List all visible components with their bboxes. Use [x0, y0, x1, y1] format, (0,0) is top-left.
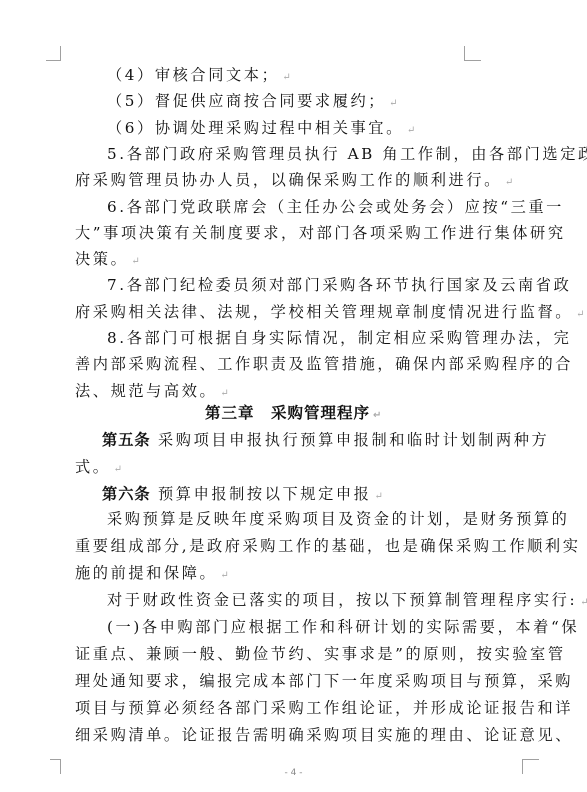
text-line: 决策。↵ — [75, 248, 140, 273]
paragraph-mark: ↵ — [374, 491, 382, 502]
text-line: 6.各部门党政联席会（主任办公会或处务会）应按“三重一 — [107, 196, 564, 218]
line-text: 7.各部门纪检委员须对部门采购各环节执行国家及云南省政 — [107, 276, 571, 294]
article-5: 第五条 采购项目申报执行预算申报制和临时计划制两种方 — [102, 429, 549, 451]
text-line: 细采购清单。论证报告需明确采购项目实施的理由、论证意见、 — [75, 724, 573, 746]
page-number: - 4 - — [0, 768, 587, 778]
paragraph-mark: ↵ — [114, 464, 122, 475]
article-5-cont-text: 式。 — [75, 458, 111, 476]
line-text: 重要组成部分,是政府采购工作的基础，也是确保采购工作顺利实 — [75, 537, 580, 555]
text-line: 8.各部门可根据自身实际情况，制定相应采购管理办法，完 — [107, 327, 571, 349]
text-line: 项目与预算必须经各部门采购工作组论证，并形成论证报告和详 — [75, 697, 573, 719]
line-text: 大”事项决策有关制度要求，对部门各项采购工作进行集体研究 — [75, 224, 566, 242]
paragraph-mark: ↵ — [407, 125, 415, 136]
line-text: 采购预算是反映年度采购项目及资金的计划，是财务预算的 — [107, 510, 569, 528]
paragraph-mark: ↵ — [220, 388, 228, 399]
line-text: 5.各部门政府采购管理员执行 AB 角工作制，由各部门选定政 — [107, 145, 587, 163]
article-6: 第六条 预算申报制按以下规定申报↵ — [102, 483, 383, 508]
text-line: 5.各部门政府采购管理员执行 AB 角工作制，由各部门选定政 — [107, 143, 587, 165]
paragraph-mark: ↵ — [580, 597, 587, 608]
text-line: 府采购管理员协办人员，以确保采购工作的顺利进行。↵ — [75, 169, 513, 194]
margin-corner-top-left — [46, 46, 61, 61]
text-line: （6）协调处理采购过程中相关事宜。↵ — [107, 117, 415, 142]
article-5-cont: 式。↵ — [75, 456, 122, 481]
line-text: （6）协调处理采购过程中相关事宜。 — [107, 119, 404, 137]
chapter-heading-text: 第三章 采购管理程序 — [205, 404, 370, 422]
chapter-heading: 第三章 采购管理程序↵ — [205, 402, 381, 427]
line-text: 证重点、兼顾一般、勤俭节约、实事求是”的原则，按实验室管 — [75, 645, 566, 663]
text-line: 采购预算是反映年度采购项目及资金的计划，是财务预算的 — [107, 508, 569, 530]
paragraph-mark: ↵ — [220, 570, 228, 581]
text-line: 施的前提和保障。↵ — [75, 562, 229, 587]
text-line: 理处通知要求，编报完成本部门下一年度采购项目与预算，采购 — [75, 670, 573, 692]
line-text: 法、规范与高效。 — [75, 382, 217, 400]
paragraph-mark: ↵ — [131, 256, 139, 267]
text-line: 证重点、兼顾一般、勤俭节约、实事求是”的原则，按实验室管 — [75, 643, 566, 665]
line-text: 对于财政性资金已落实的项目，按以下预算制管理程序实行: — [107, 591, 577, 609]
article-6-label: 第六条 — [102, 485, 151, 503]
article-6-text: 预算申报制按以下规定申报 — [158, 485, 371, 503]
line-text: 善内部采购流程、工作职责及监管措施，确保内部采购程序的合 — [75, 355, 573, 373]
paragraph-mark: ↵ — [389, 98, 397, 109]
line-text: （5）督促供应商按合同要求履约； — [107, 92, 386, 110]
line-text: 8.各部门可根据自身实际情况，制定相应采购管理办法，完 — [107, 329, 571, 347]
line-text: 6.各部门党政联席会（主任办公会或处务会）应按“三重一 — [107, 198, 564, 216]
paragraph-mark: ↵ — [576, 309, 584, 320]
article-5-label: 第五条 — [102, 431, 151, 449]
line-text: 决策。 — [75, 250, 128, 268]
line-text: 项目与预算必须经各部门采购工作组论证，并形成论证报告和详 — [75, 699, 573, 717]
line-text: 府采购相关法律、法规，学校相关管理规章制度情况进行监督。 — [75, 303, 573, 321]
line-text: （4）审核合同文本； — [107, 66, 279, 84]
line-text: 府采购管理员协办人员，以确保采购工作的顺利进行。 — [75, 171, 502, 189]
paragraph-mark: ↵ — [373, 410, 381, 421]
text-line: 府采购相关法律、法规，学校相关管理规章制度情况进行监督。↵ — [75, 301, 584, 326]
text-line: （5）督促供应商按合同要求履约；↵ — [107, 90, 397, 115]
article-5-text: 采购项目申报执行预算申报制和临时计划制两种方 — [158, 431, 549, 449]
text-line: 对于财政性资金已落实的项目，按以下预算制管理程序实行:↵ — [107, 589, 587, 614]
paragraph-mark: ↵ — [282, 72, 290, 83]
line-text: 细采购清单。论证报告需明确采购项目实施的理由、论证意见、 — [75, 726, 573, 744]
text-line: 大”事项决策有关制度要求，对部门各项采购工作进行集体研究 — [75, 222, 566, 244]
line-text: 理处通知要求，编报完成本部门下一年度采购项目与预算，采购 — [75, 672, 573, 690]
margin-corner-top-right — [464, 46, 481, 61]
text-line: 善内部采购流程、工作职责及监管措施，确保内部采购程序的合 — [75, 353, 573, 375]
line-text: (一)各申购部门应根据工作和科研计划的实际需要，本着“保 — [107, 618, 579, 636]
text-line: 重要组成部分,是政府采购工作的基础，也是确保采购工作顺利实 — [75, 535, 580, 557]
text-line: 7.各部门纪检委员须对部门采购各环节执行国家及云南省政 — [107, 274, 571, 296]
text-line: （4）审核合同文本；↵ — [107, 64, 291, 89]
paragraph-mark: ↵ — [505, 177, 513, 188]
text-line: (一)各申购部门应根据工作和科研计划的实际需要，本着“保 — [107, 616, 579, 638]
text-line: 法、规范与高效。↵ — [75, 380, 229, 405]
line-text: 施的前提和保障。 — [75, 564, 217, 582]
